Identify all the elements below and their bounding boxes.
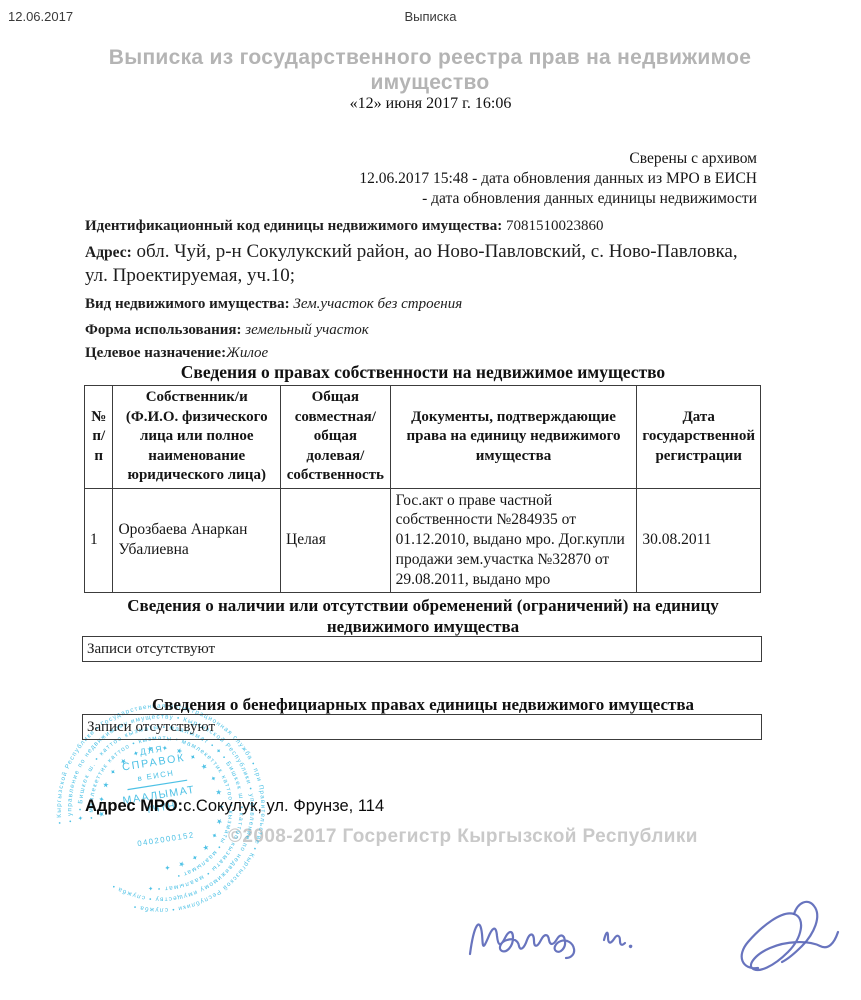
mro-address-value: с.Сокулук, ул. Фрунзе, 114 <box>183 797 384 815</box>
ownership-table-header-row: № п/п Собственник/и (Ф.И.О. физического … <box>85 386 761 489</box>
document-datetime: «12» июня 2017 г. 16:06 <box>0 95 861 113</box>
col-header-documents: Документы, подтверждающие права на едини… <box>390 386 637 489</box>
signature-stroke-flourish-1 <box>742 913 838 970</box>
property-info-block: Идентификационный код единицы недвижимог… <box>85 217 765 367</box>
beneficiary-title: Сведения о бенефициарных правах единицы … <box>85 694 761 715</box>
signature-stroke-name <box>470 924 574 958</box>
property-usage-value: земельный участок <box>245 322 369 338</box>
beneficiary-record-box: Записи отсутствуют <box>82 714 762 740</box>
archive-line-2: 12.06.2017 15:48 - дата обновления данны… <box>359 169 757 189</box>
col-header-reg-date: Дата государственной регистрации <box>637 386 761 489</box>
stamp-serial-number: 0402000152 <box>137 830 196 848</box>
archive-line-1: Сверены с архивом <box>359 149 757 169</box>
col-header-share: Общая совместная/ общая долевая/ собстве… <box>281 386 391 489</box>
document-page: 12.06.2017 Выписка Выписка из государств… <box>0 0 861 1000</box>
signature-stroke-initial <box>604 933 631 947</box>
copyright-line: ©2008-2017 Госрегистр Кыргызской Республ… <box>228 826 698 848</box>
print-header-title: Выписка <box>0 9 861 24</box>
property-type-line: Вид недвижимого имущества: Зем.участок б… <box>85 295 765 314</box>
handwritten-signature <box>452 890 852 995</box>
property-address-label: Адрес: <box>85 244 132 261</box>
cell-number: 1 <box>85 488 113 592</box>
cell-reg-date: 30.08.2011 <box>637 488 761 592</box>
property-purpose-line: Целевое назначение:Жилое <box>85 344 765 363</box>
property-usage-line: Форма использования: земельный участок <box>85 321 765 340</box>
encumbrances-record-box: Записи отсутствуют <box>82 636 762 662</box>
property-id-line: Идентификационный код единицы недвижимог… <box>85 217 765 236</box>
cell-documents: Гос.акт о праве частной собственности №2… <box>390 488 637 592</box>
property-address-value: обл. Чуй, р-н Сокулукский район, ао Ново… <box>85 241 738 286</box>
archive-line-3: - дата обновления данных единицы недвижи… <box>359 189 757 209</box>
ownership-table-title: Сведения о правах собственности на недви… <box>85 362 761 383</box>
mro-address-line: Адрес МРО:с.Сокулук, ул. Фрунзе, 114 <box>85 797 384 816</box>
ownership-table: № п/п Собственник/и (Ф.И.О. физического … <box>84 385 761 593</box>
property-type-label: Вид недвижимого имущества: <box>85 296 290 312</box>
property-purpose-value: Жилое <box>226 345 268 361</box>
col-header-number: № п/п <box>85 386 113 489</box>
table-row: 1 Орозбаева Анаркан Убалиевна Целая Гос.… <box>85 488 761 592</box>
archive-sync-block: Сверены с архивом 12.06.2017 15:48 - дат… <box>359 149 757 208</box>
property-id-label: Идентификационный код единицы недвижимог… <box>85 218 502 234</box>
document-title: Выписка из государственного реестра прав… <box>90 46 770 96</box>
property-usage-label: Форма использования: <box>85 322 242 338</box>
property-address-line: Адрес: обл. Чуй, р-н Сокулукский район, … <box>85 240 765 289</box>
mro-address-label: Адрес МРО: <box>85 797 183 815</box>
encumbrances-title: Сведения о наличии или отсутствии обреме… <box>85 595 761 638</box>
col-header-owner: Собственник/и (Ф.И.О. физического лица и… <box>113 386 281 489</box>
encumbrances-title-text: Сведения о наличии или отсутствии обреме… <box>98 595 748 638</box>
property-purpose-label: Целевое назначение: <box>85 345 226 361</box>
beneficiary-title-text: Сведения о бенефициарных правах единицы … <box>152 694 694 715</box>
cell-share: Целая <box>281 488 391 592</box>
property-type-value: Зем.участок без строения <box>293 296 462 312</box>
cell-owner: Орозбаева Анаркан Убалиевна <box>113 488 281 592</box>
property-id-value: 7081510023860 <box>506 218 604 234</box>
